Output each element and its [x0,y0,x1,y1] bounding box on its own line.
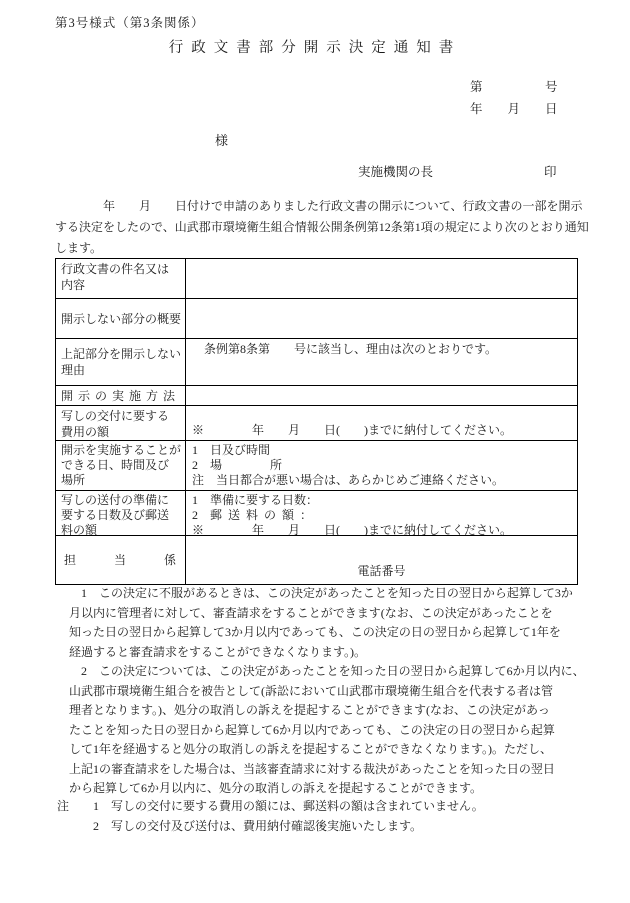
footnotes: 注 1 写しの交付に要する費用の額には、郵送料の額は含まれていません。 2 写し… [57,797,623,836]
table-row-document-name: 行政文書の件名又は 内容 [56,259,577,299]
row-label-document-name: 行政文書の件名又は 内容 [56,259,186,298]
row-value-method [186,386,577,405]
row-value-copy-fee: ※ 年 月 日( )までに納付してください。 [186,406,577,440]
row-value-nondisclosed-summary [186,299,577,338]
row-value-contact-section: 電話番号 [186,536,577,584]
appeal-notes: 1 この決定に不服があるときは、この決定があったことを知った日の翌日から起算して… [57,584,623,799]
phone-number-label: 電話番号 [192,563,571,579]
row-label-mailing: 写しの送付の準備に 要する日数及び郵送 料の額 [56,491,186,535]
issuer-line: 実施機関の長 印 [0,162,630,180]
intro-paragraph: 年 月 日付けで申請のありました行政文書の開示について、行政文書の一部を開示 す… [55,196,615,259]
form-number: 第3号様式（第3条関係） [55,13,205,31]
row-label-reason: 上記部分を開示しない 理由 [56,339,186,385]
row-label-contact-section: 担当係 [56,536,186,584]
row-value-disclosure-datetime: 1 日及び時間 2 場 所 注 当日都合が悪い場合は、あらかじめご連絡ください。 [186,441,577,490]
table-row-contact-section: 担当係 電話番号 [56,536,577,584]
table-row-disclosure-datetime: 開示を実施することが できる日、時間及び 場所 1 日及び時間 2 場 所 注 … [56,441,577,491]
row-value-mailing: 1 準備に要する日数： 2 郵 送 料 の 額 ： ※ 年 月 日( )までに納… [186,491,577,535]
table-row-reason: 上記部分を開示しない 理由 条例第8条第 号に該当し、理由は次のとおりです。 [56,339,577,386]
document-title: 行政文書部分開示決定通知書 [0,36,630,57]
issuer-label: 実施機関の長 [358,162,433,180]
document-page: 第3号様式（第3条関係） 行政文書部分開示決定通知書 第 号 年 月 日 様 実… [0,0,630,903]
row-label-nondisclosed-summary: 開示しない部分の概要 [56,299,186,338]
date-line: 年 月 日 [470,99,558,117]
row-label-method: 開示の実施方法 [56,386,186,405]
row-value-reason: 条例第8条第 号に該当し、理由は次のとおりです。 [186,339,577,385]
table-row-copy-fee: 写しの交付に要する 費用の額 ※ 年 月 日( )までに納付してください。 [56,406,577,441]
addressee-label: 様 [215,130,228,149]
table-row-nondisclosed-summary: 開示しない部分の概要 [56,299,577,339]
seal-mark: 印 [544,162,557,180]
disclosure-table: 行政文書の件名又は 内容 開示しない部分の概要 上記部分を開示しない 理由 条例… [55,258,578,585]
row-label-disclosure-datetime: 開示を実施することが できる日、時間及び 場所 [56,441,186,490]
row-label-copy-fee: 写しの交付に要する 費用の額 [56,406,186,440]
document-number-line: 第 号 [470,77,558,95]
row-value-document-name [186,259,577,298]
table-row-mailing: 写しの送付の準備に 要する日数及び郵送 料の額 1 準備に要する日数： 2 郵 … [56,491,577,536]
table-row-method: 開示の実施方法 [56,386,577,406]
